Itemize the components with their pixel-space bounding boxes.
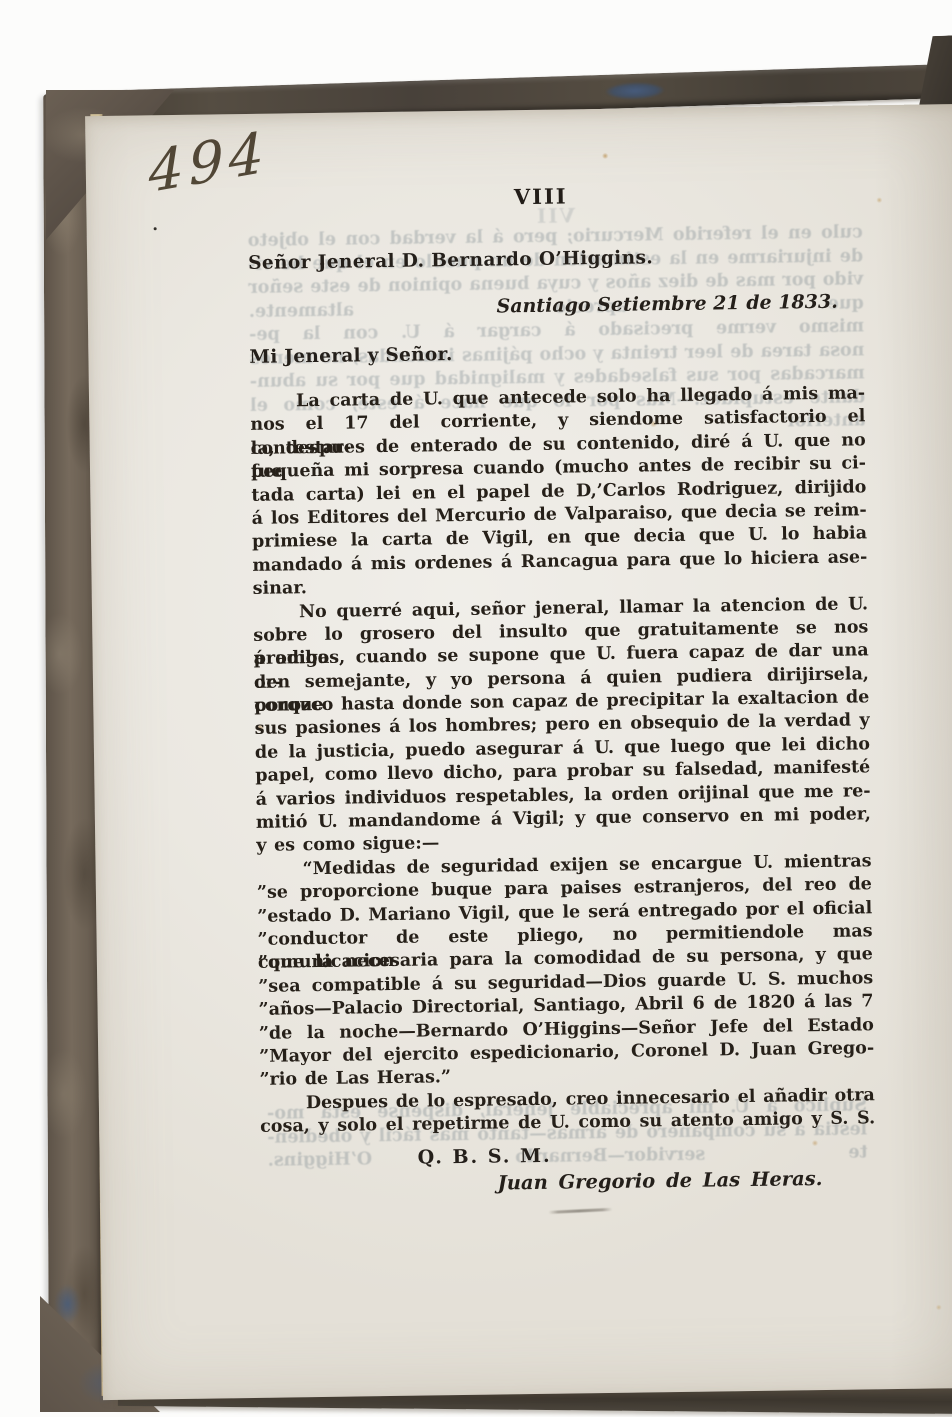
blue-marbling-patch [606,82,664,100]
letter-signature: Juan Gregorio de Las Heras. [460,1166,860,1195]
foxing-spot [876,197,882,203]
ink-speck [154,227,157,230]
foxing-spot [811,1140,818,1146]
book-page: VII culo en el referido Mercurio; pero á… [85,104,952,1400]
page-curvature-shade [873,104,952,1389]
printers-flourish-rule [548,1208,612,1214]
letter-body: La carta de U. que antecede solo ha lleg… [250,382,875,1139]
foxing-spot [936,1304,942,1310]
foxing-spot [602,153,609,159]
photograph-of-book-page: VII culo en el referido Mercurio; pero á… [0,0,952,1417]
letter-closing-formula: Q. B. S. M. [417,1145,551,1169]
